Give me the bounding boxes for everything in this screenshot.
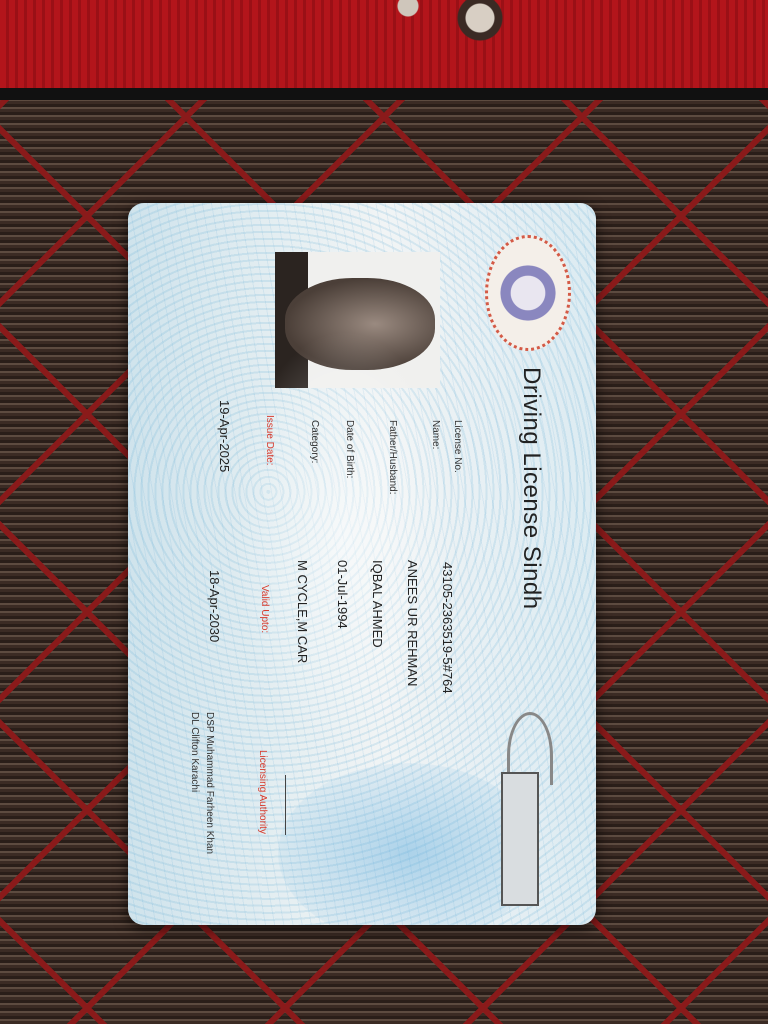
issue-date-value: 19-Apr-2025 [217, 400, 232, 472]
light-glare [230, 330, 460, 750]
valid-upto-label: Valid Upto: [259, 585, 270, 633]
father-label: Father/Husband: [387, 420, 398, 495]
card-title: Driving License Sindh [517, 367, 545, 610]
carpet-band [0, 88, 768, 100]
license-no-value: 43105-2363519-5#764 [440, 562, 455, 694]
father-value: IQBAL AHMED [370, 560, 385, 648]
authority-name: DSP Muhammad Farheen Khan [204, 712, 215, 854]
licensing-authority-label: Licensing Authority [257, 750, 268, 834]
dls-logo-icon [497, 712, 549, 907]
category-label: Category: [309, 420, 320, 463]
license-no-label: License No. [452, 420, 463, 473]
category-value: M CYCLE,M CAR [295, 560, 310, 663]
authority-office: DL Clifton Karachi [189, 712, 200, 792]
issue-date-label: Issue Date: [264, 415, 275, 466]
name-value: ANEES UR REHMAN [405, 560, 420, 686]
red-carpet-top [0, 0, 768, 95]
carpet-motif [360, 0, 600, 60]
name-label: Name: [430, 420, 441, 449]
dls-box [501, 772, 539, 906]
valid-upto-value: 18-Apr-2030 [207, 570, 222, 642]
sindh-police-seal-icon [485, 235, 571, 351]
signature [285, 775, 306, 835]
dob-value: 01-Jul-1994 [335, 560, 350, 629]
dob-label: Date of Birth: [344, 420, 355, 478]
